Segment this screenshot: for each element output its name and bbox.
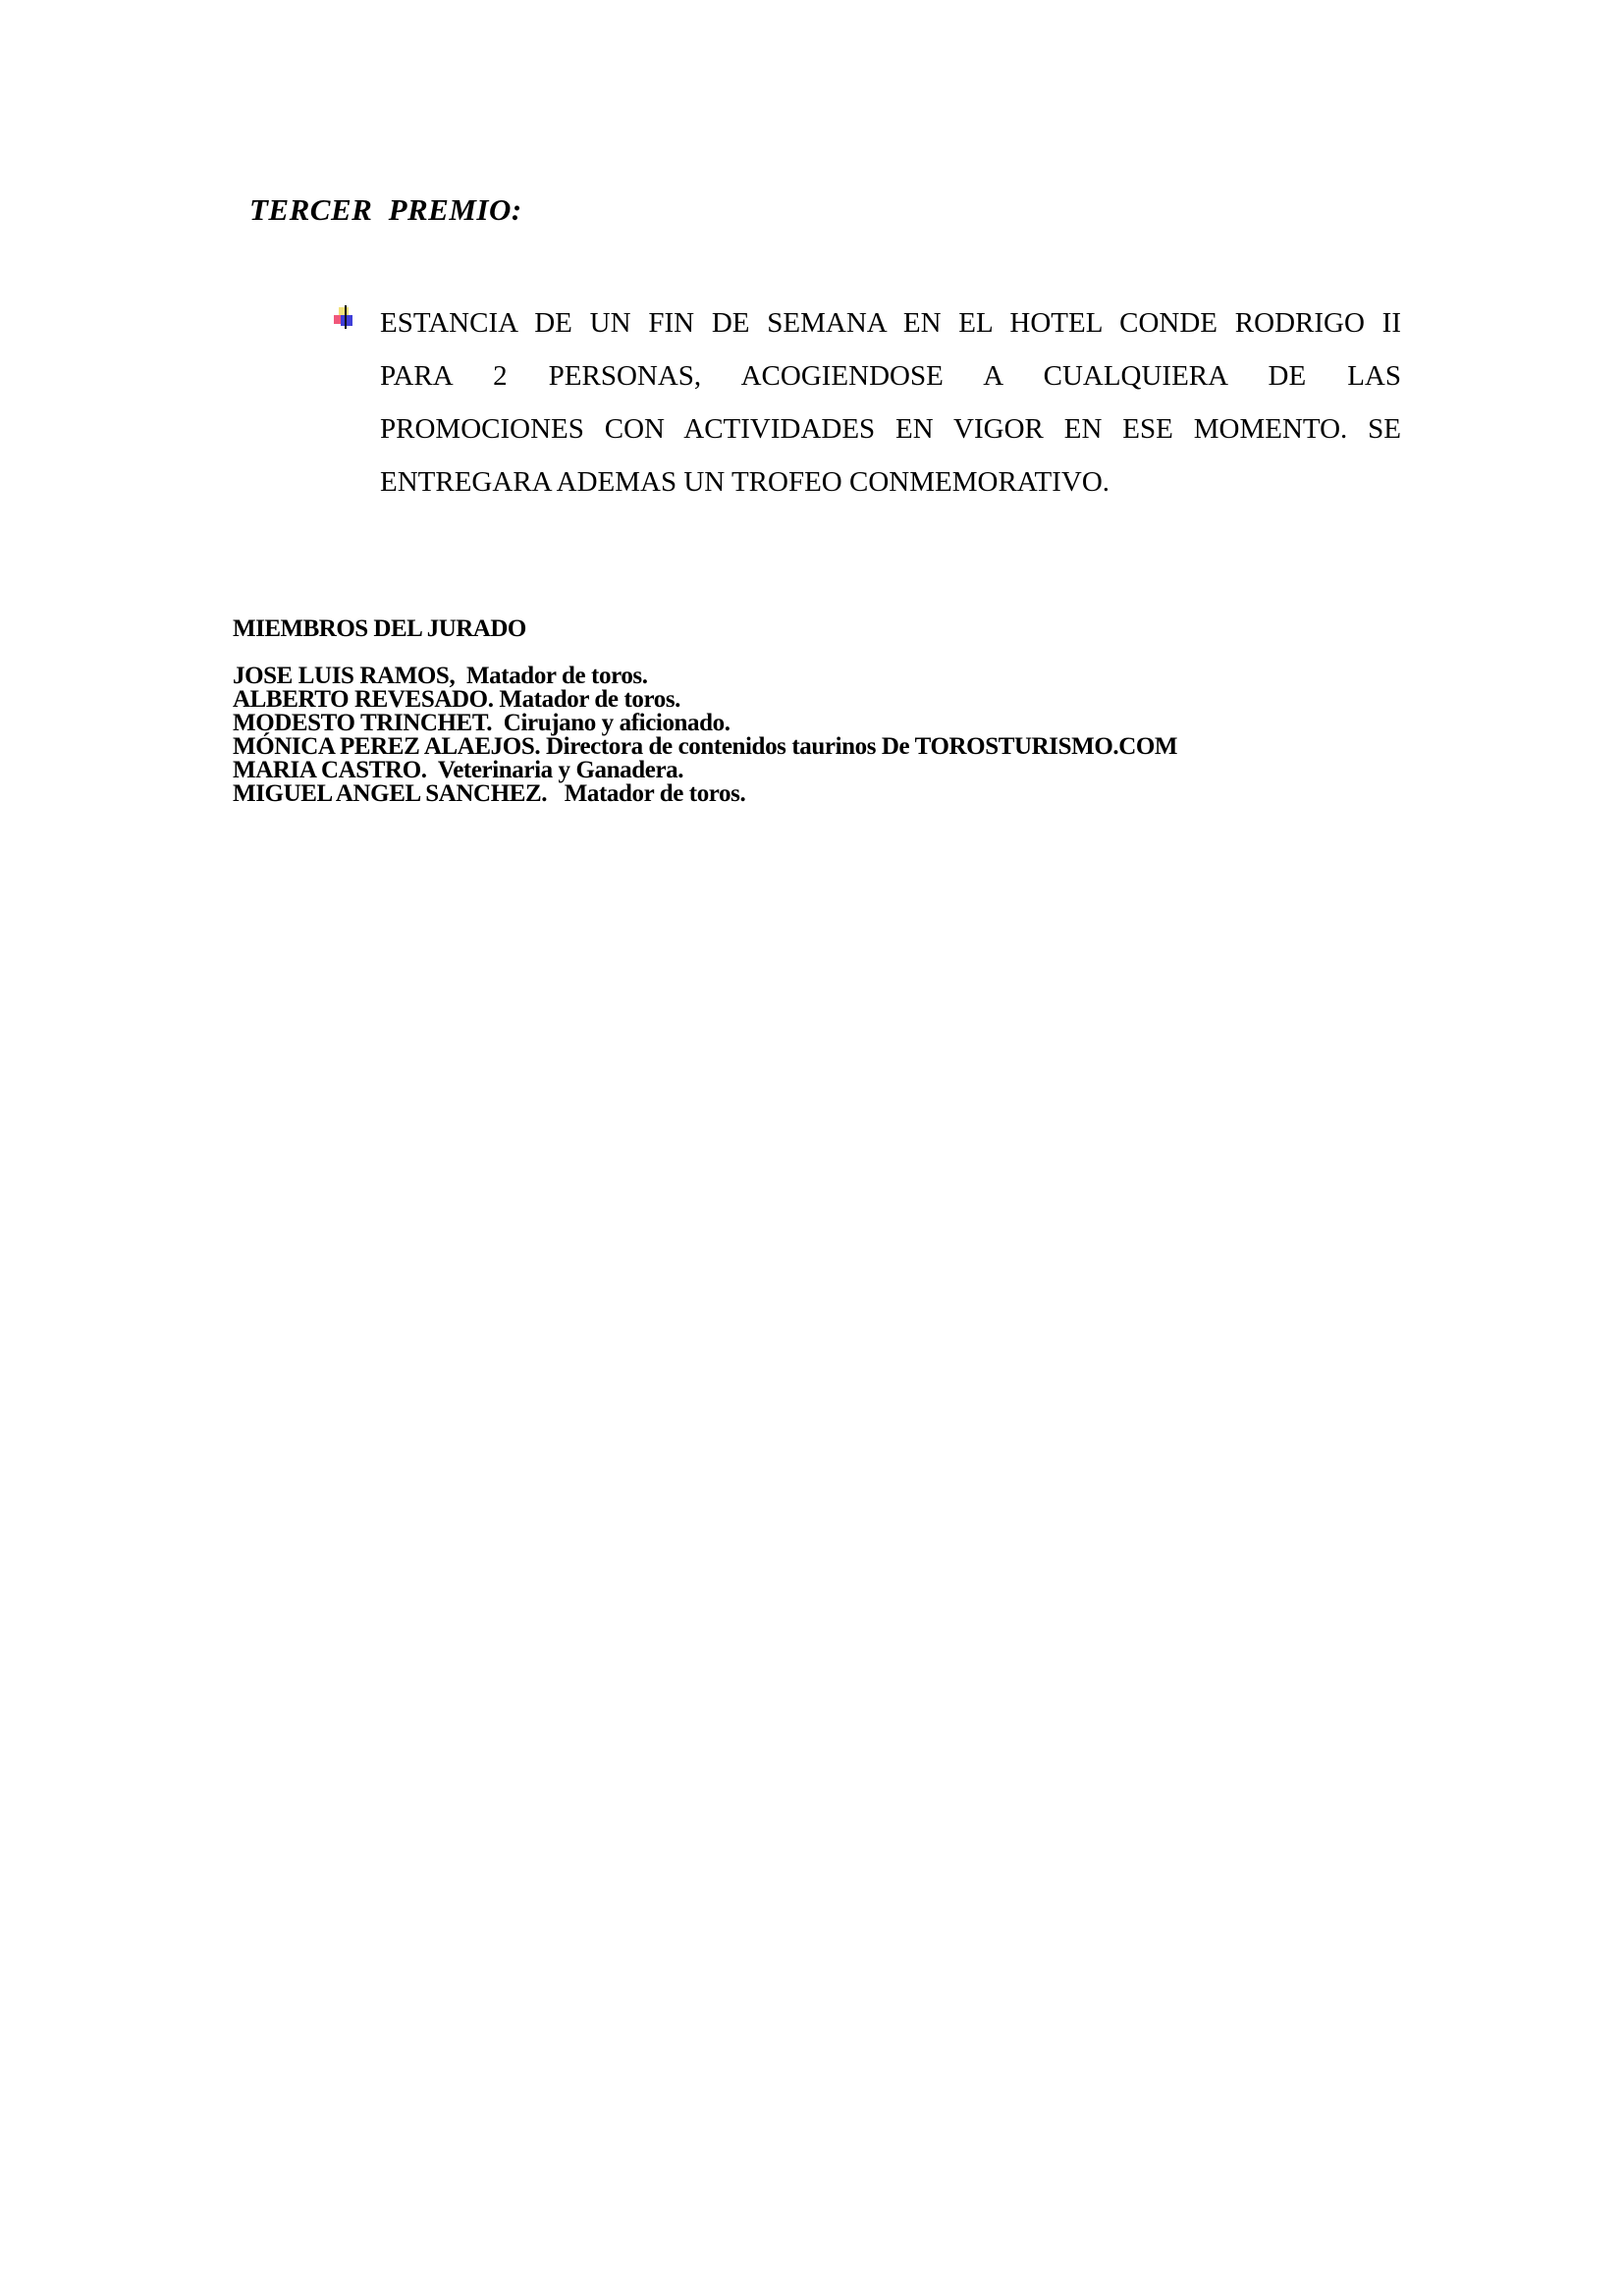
- jury-member: ALBERTO REVESADO. Matador de toros.: [233, 688, 1177, 712]
- prize-description-line: ENTREGARA ADEMAS UN TROFEO CONMEMORATIVO…: [380, 455, 1401, 508]
- jury-title: MIEMBROS DEL JURADO: [233, 615, 526, 643]
- prize-description-line: ESTANCIA DE UN FIN DE SEMANA EN EL HOTEL…: [380, 296, 1401, 349]
- prize-description-line: PARA 2 PERSONAS, ACOGIENDOSE A CUALQUIER…: [380, 349, 1401, 402]
- prize-description: ESTANCIA DE UN FIN DE SEMANA EN EL HOTEL…: [380, 296, 1401, 508]
- jury-member: JOSE LUIS RAMOS, Matador de toros.: [233, 665, 1177, 688]
- jury-member: MARIA CASTRO. Veterinaria y Ganadera.: [233, 759, 1177, 782]
- jury-member: MODESTO TRINCHET. Cirujano y aficionado.: [233, 712, 1177, 735]
- document-page: TERCER PREMIO: ESTANCIA DE UN FIN DE SEM…: [0, 0, 1623, 2296]
- prize-heading: TERCER PREMIO:: [249, 192, 522, 228]
- jury-member-list: JOSE LUIS RAMOS, Matador de toros. ALBER…: [233, 665, 1177, 806]
- prize-description-line: PROMOCIONES CON ACTIVIDADES EN VIGOR EN …: [380, 402, 1401, 455]
- jury-member: MIGUEL ANGEL SANCHEZ. Matador de toros.: [233, 782, 1177, 806]
- colored-square-bullet-icon: [331, 305, 356, 331]
- jury-member: MÓNICA PEREZ ALAEJOS. Directora de conte…: [233, 735, 1177, 759]
